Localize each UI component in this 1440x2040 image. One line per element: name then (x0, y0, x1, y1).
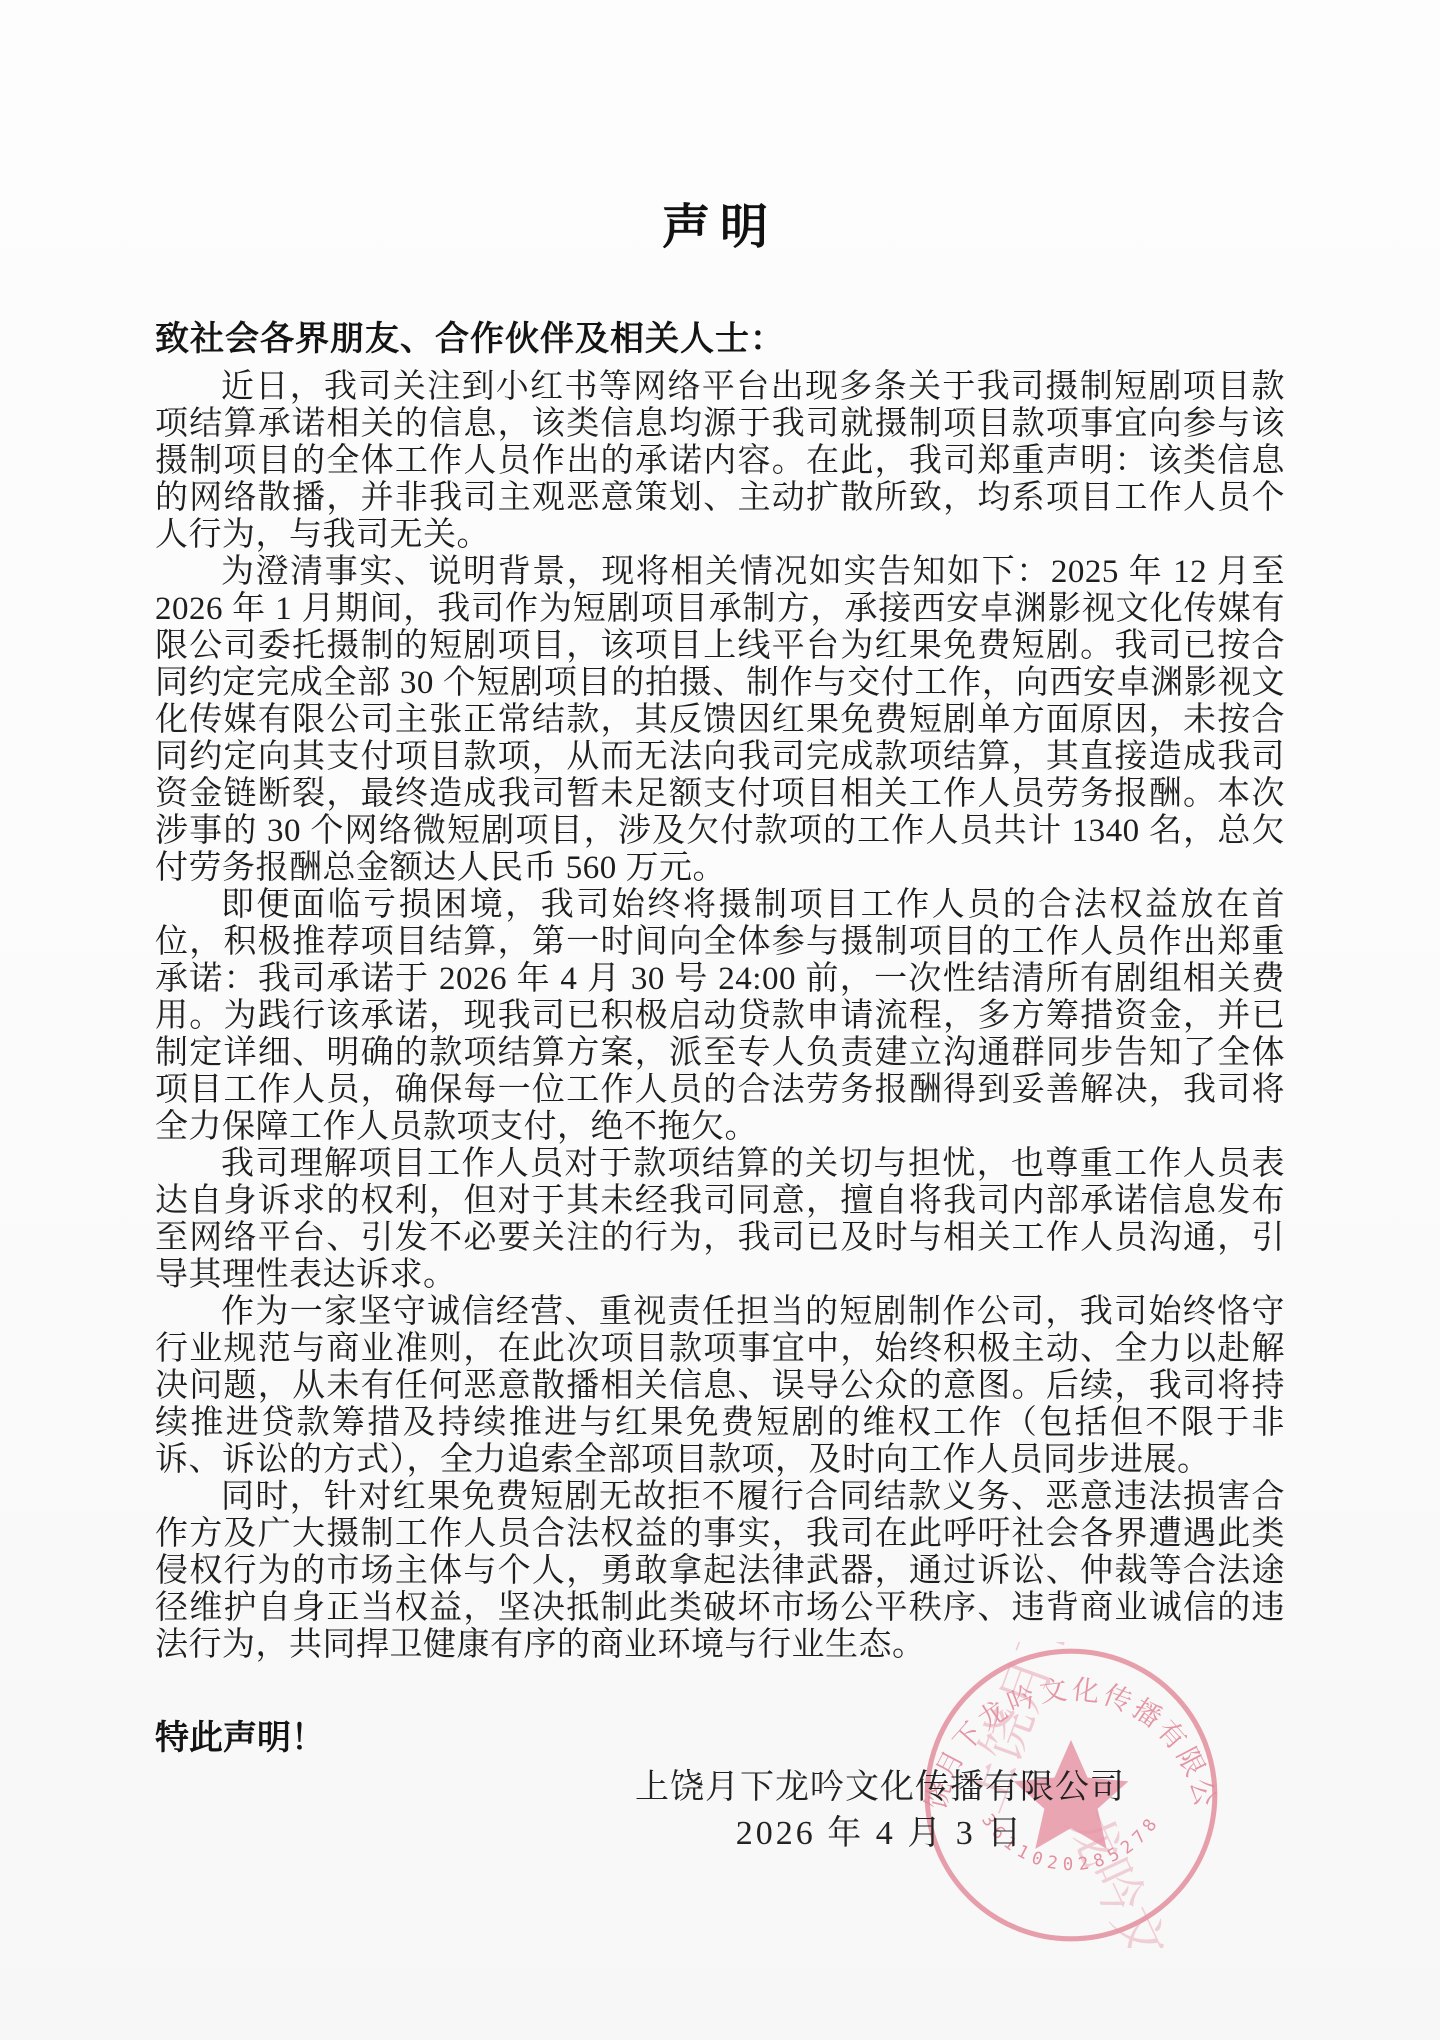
closing-line: 特此声明！ (155, 1710, 1285, 1759)
salutation-line: 致社会各界朋友、合作伙伴及相关人士： (155, 319, 1285, 359)
paragraph-4: 我司理解项目工作人员对于款项结算的关切与担忧，也尊重工作人员表达自身诉求的权利，… (155, 1146, 1285, 1294)
paragraph-6: 同时，针对红果免费短剧无故拒不履行合同结款义务、恶意违法损害合作方及广大摄制工作… (155, 1479, 1285, 1664)
paragraph-2: 为澄清事实、说明背景，现将相关情况如实告知如下：2025 年 12 月至 202… (155, 554, 1285, 887)
paragraph-1: 近日，我司关注到小红书等网络平台出现多条关于我司摄制短剧项目款项结算承诺相关的信… (155, 369, 1285, 554)
statement-document-page: 上饶月下龙吟文化传播有限公司 3611020285278 上饶月下 龙吟文化 声… (0, 0, 1440, 2040)
paragraph-3: 即便面临亏损困境，我司始终将摄制项目工作人员的合法权益放在首位，积极推荐项目结算… (155, 887, 1285, 1146)
signature-date: 2026 年 4 月 3 日 (625, 1811, 1135, 1857)
statement-body: 近日，我司关注到小红书等网络平台出现多条关于我司摄制短剧项目款项结算承诺相关的信… (155, 369, 1285, 1664)
paragraph-5: 作为一家坚守诚信经营、重视责任担当的短剧制作公司，我司始终恪守行业规范与商业准则… (155, 1294, 1285, 1479)
signature-block: 上饶月下龙吟文化传播有限公司 2026 年 4 月 3 日 (625, 1765, 1135, 1857)
page-title: 声明 (155, 188, 1285, 257)
document-content: 声明 致社会各界朋友、合作伙伴及相关人士： 近日，我司关注到小红书等网络平台出现… (0, 0, 1440, 1857)
signature-company-name: 上饶月下龙吟文化传播有限公司 (625, 1765, 1135, 1811)
